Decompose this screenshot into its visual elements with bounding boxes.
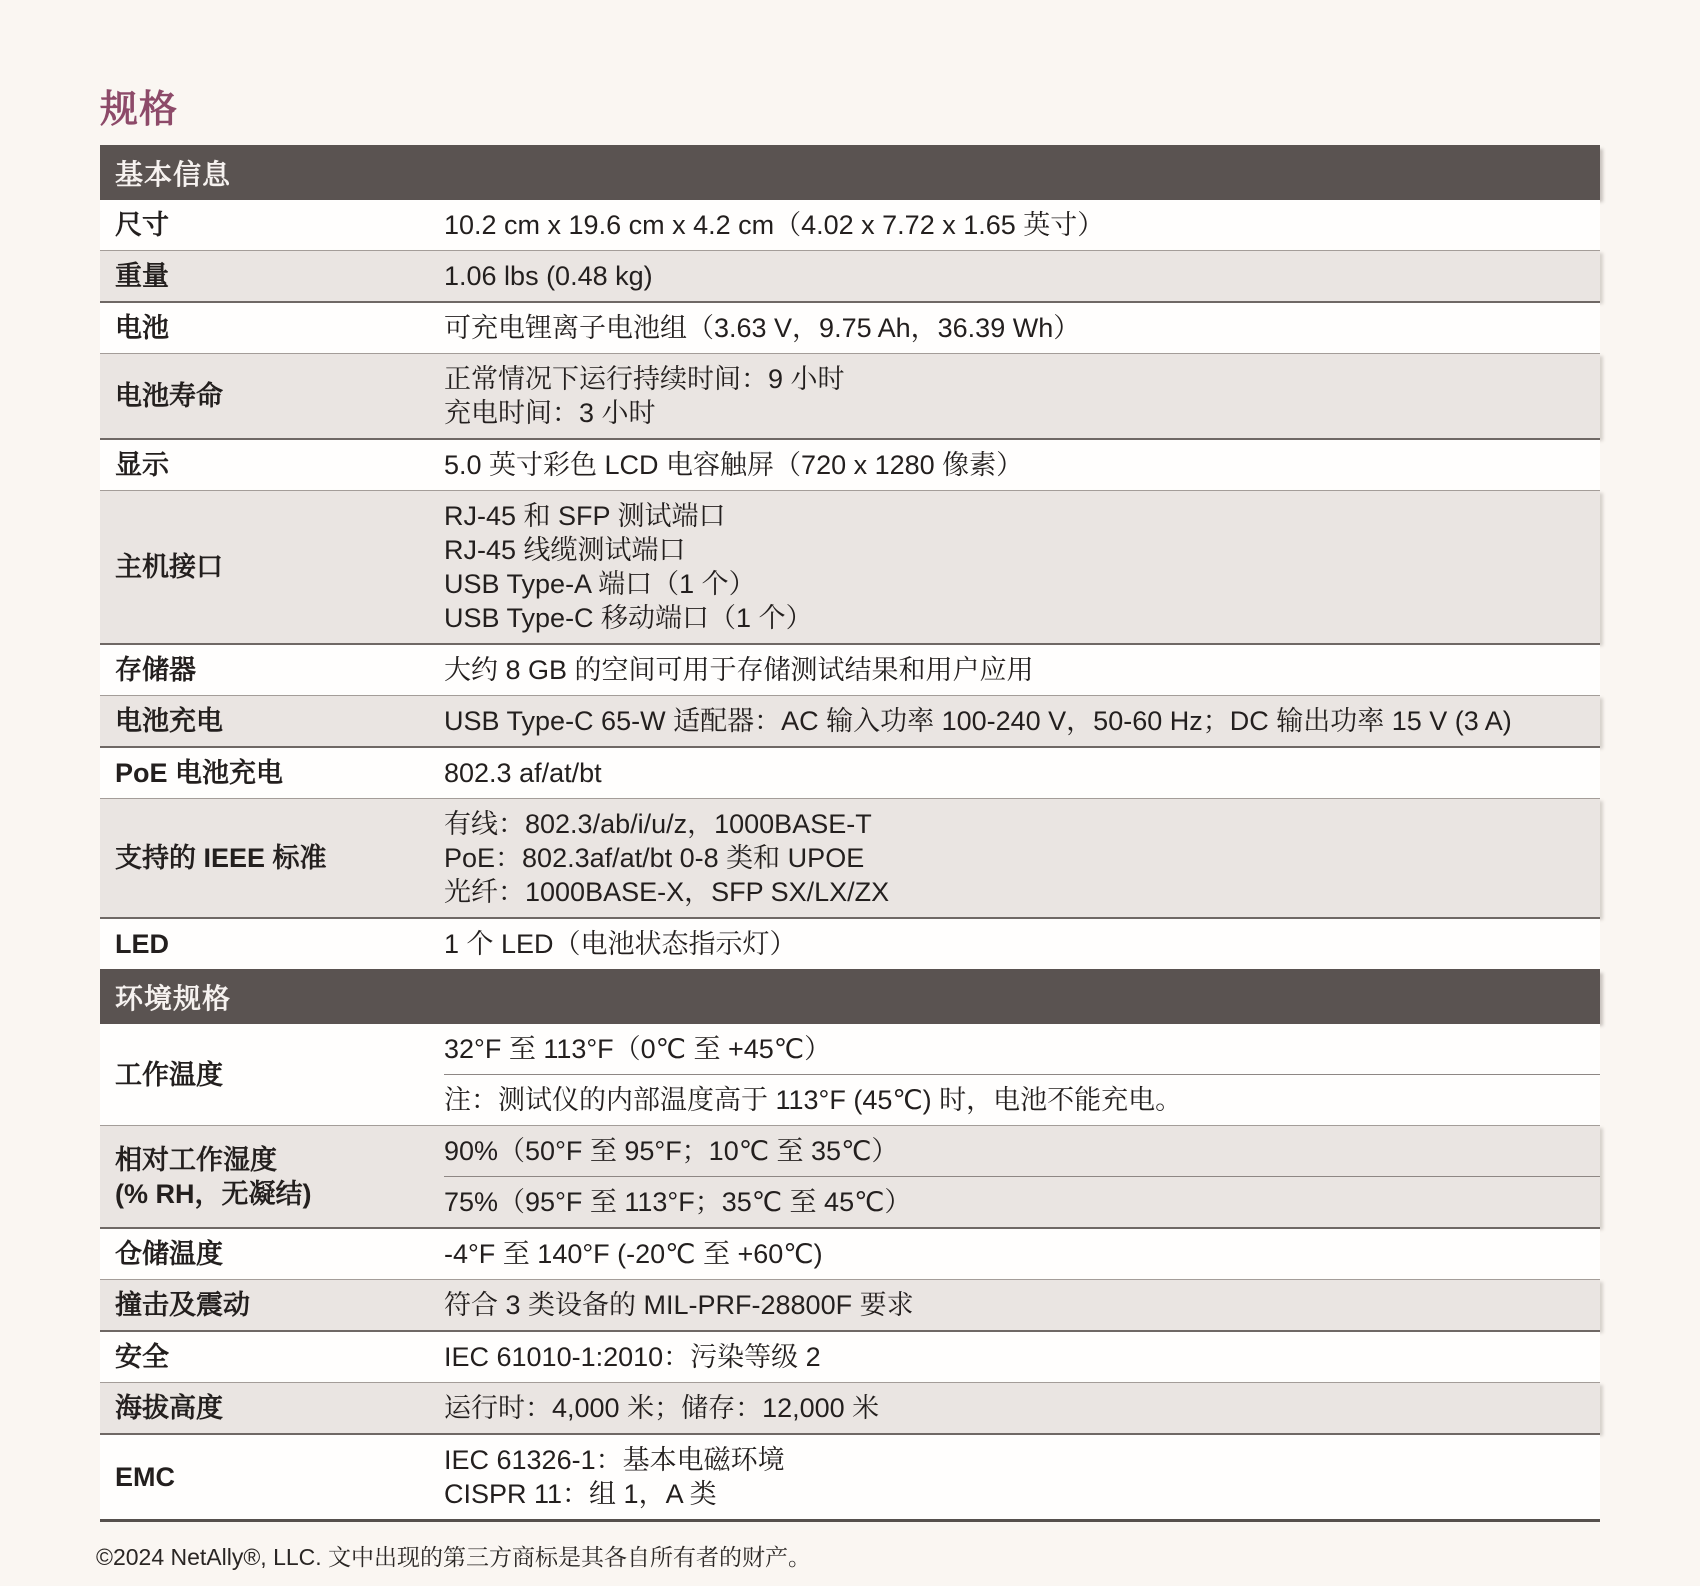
spec-row-label: LED [100,919,444,969]
spec-value-cell: 75%（95°F 至 113°F；35℃ 至 45℃） [444,1176,1600,1227]
spec-row: 撞击及震动符合 3 类设备的 MIL-PRF-28800F 要求 [100,1279,1600,1332]
spec-value-line: 注：测试仪的内部温度高于 113°F (45℃) 时，电池不能充电。 [444,1083,1584,1117]
spec-row: EMCIEC 61326-1：基本电磁环境CISPR 11：组 1，A 类 [100,1435,1600,1519]
spec-value-line: 可充电锂离子电池组（3.63 V，9.75 Ah，36.39 Wh） [444,311,1584,345]
spec-row: 海拔高度运行时：4,000 米；储存：12,000 米 [100,1382,1600,1435]
spec-row-value: 可充电锂离子电池组（3.63 V，9.75 Ah，36.39 Wh） [444,303,1600,353]
spec-row-label: 海拔高度 [100,1383,444,1433]
page-title: 规格 [100,78,1700,133]
spec-row-label: 存储器 [100,645,444,695]
spec-row-value: IEC 61010-1:2010：污染等级 2 [444,1332,1600,1382]
spec-row: 相对工作湿度(% RH，无凝结)90%（50°F 至 95°F；10℃ 至 35… [100,1125,1600,1229]
spec-value-line: IEC 61010-1:2010：污染等级 2 [444,1340,1584,1374]
spec-value-cell: 10.2 cm x 19.6 cm x 4.2 cm（4.02 x 7.72 x… [444,200,1600,250]
spec-value-line: 75%（95°F 至 113°F；35℃ 至 45℃） [444,1185,1584,1219]
spec-row-label: 仓储温度 [100,1229,444,1279]
spec-row-label-line: 相对工作湿度 [115,1143,434,1177]
spec-row-value: USB Type-C 65-W 适配器：AC 输入功率 100-240 V，50… [444,696,1600,746]
spec-row: PoE 电池充电802.3 af/at/bt [100,748,1600,798]
spec-value-cell: 1 个 LED（电池状态指示灯） [444,919,1600,969]
spec-row: 安全IEC 61010-1:2010：污染等级 2 [100,1332,1600,1382]
spec-row-value: 802.3 af/at/bt [444,748,1600,798]
spec-value-cell: USB Type-C 65-W 适配器：AC 输入功率 100-240 V，50… [444,696,1600,746]
spec-row: 电池寿命正常情况下运行持续时间：9 小时充电时间：3 小时 [100,353,1600,440]
spec-value-line: 10.2 cm x 19.6 cm x 4.2 cm（4.02 x 7.72 x… [444,208,1584,242]
spec-row-label-line: 电池寿命 [115,379,434,413]
spec-value-cell: 可充电锂离子电池组（3.63 V，9.75 Ah，36.39 Wh） [444,303,1600,353]
spec-row-label: 支持的 IEEE 标准 [100,799,444,917]
spec-row-value: -4°F 至 140°F (-20℃ 至 +60℃) [444,1229,1600,1279]
spec-row: 工作温度32°F 至 113°F（0℃ 至 +45℃）注：测试仪的内部温度高于 … [100,1024,1600,1125]
spec-row: 电池可充电锂离子电池组（3.63 V，9.75 Ah，36.39 Wh） [100,303,1600,353]
spec-row-label-line: 撞击及震动 [115,1288,434,1322]
spec-row-label-line: 仓储温度 [115,1237,434,1271]
spec-value-line: 正常情况下运行持续时间：9 小时 [444,362,1584,396]
spec-row-label-line: 电池 [115,311,434,345]
spec-value-line: IEC 61326-1：基本电磁环境 [444,1443,1584,1477]
section-header: 基本信息 [100,145,1600,200]
spec-value-line: 5.0 英寸彩色 LCD 电容触屏（720 x 1280 像素） [444,448,1584,482]
spec-value-line: RJ-45 线缆测试端口 [444,533,1584,567]
spec-row-value: 90%（50°F 至 95°F；10℃ 至 35℃）75%（95°F 至 113… [444,1126,1600,1227]
spec-row-label-line: (% RH，无凝结) [115,1177,434,1211]
spec-row: 仓储温度-4°F 至 140°F (-20℃ 至 +60℃) [100,1229,1600,1279]
spec-row: 显示5.0 英寸彩色 LCD 电容触屏（720 x 1280 像素） [100,440,1600,490]
spec-row-value: RJ-45 和 SFP 测试端口RJ-45 线缆测试端口USB Type-A 端… [444,491,1600,643]
spec-value-cell: IEC 61326-1：基本电磁环境CISPR 11：组 1，A 类 [444,1435,1600,1519]
spec-row-label-line: 尺寸 [115,208,434,242]
spec-row-value: 大约 8 GB 的空间可用于存储测试结果和用户应用 [444,645,1600,695]
spec-row-label-line: 海拔高度 [115,1391,434,1425]
spec-value-cell: 正常情况下运行持续时间：9 小时充电时间：3 小时 [444,354,1600,438]
spec-row-label: 安全 [100,1332,444,1382]
copyright-footer: ©2024 NetAlly®, LLC. 文中出现的第三方商标是其各自所有者的财… [96,1539,1700,1572]
spec-row-label-line: 支持的 IEEE 标准 [115,841,434,875]
spec-value-line: 32°F 至 113°F（0℃ 至 +45℃） [444,1032,1584,1066]
spec-value-line: 符合 3 类设备的 MIL-PRF-28800F 要求 [444,1288,1584,1322]
spec-value-line: 802.3 af/at/bt [444,756,1584,790]
spec-row-value: 1.06 lbs (0.48 kg) [444,251,1600,301]
spec-row-label: 尺寸 [100,200,444,250]
spec-value-line: USB Type-C 65-W 适配器：AC 输入功率 100-240 V，50… [444,704,1584,738]
spec-row-label: 重量 [100,251,444,301]
spec-value-line: 1 个 LED（电池状态指示灯） [444,927,1584,961]
spec-row-label-line: 主机接口 [115,550,434,584]
spec-value-cell: 32°F 至 113°F（0℃ 至 +45℃） [444,1024,1600,1074]
spec-value-line: 大约 8 GB 的空间可用于存储测试结果和用户应用 [444,653,1584,687]
spec-row-label: 主机接口 [100,491,444,643]
spec-row-label: 相对工作湿度(% RH，无凝结) [100,1126,444,1227]
spec-row-value: IEC 61326-1：基本电磁环境CISPR 11：组 1，A 类 [444,1435,1600,1519]
spec-value-cell: 大约 8 GB 的空间可用于存储测试结果和用户应用 [444,645,1600,695]
spec-value-cell: 符合 3 类设备的 MIL-PRF-28800F 要求 [444,1280,1600,1330]
spec-row-label: 电池寿命 [100,354,444,438]
spec-row-label-line: PoE 电池充电 [115,756,434,790]
spec-row-value: 有线：802.3/ab/i/u/z，1000BASE-TPoE：802.3af/… [444,799,1600,917]
spec-row-label-line: 重量 [115,259,434,293]
spec-row-value: 符合 3 类设备的 MIL-PRF-28800F 要求 [444,1280,1600,1330]
spec-value-line: 运行时：4,000 米；储存：12,000 米 [444,1391,1584,1425]
spec-row-value: 1 个 LED（电池状态指示灯） [444,919,1600,969]
spec-row-label: 工作温度 [100,1024,444,1125]
spec-value-cell: IEC 61010-1:2010：污染等级 2 [444,1332,1600,1382]
spec-row-label-line: LED [115,927,434,961]
spec-table: 基本信息尺寸10.2 cm x 19.6 cm x 4.2 cm（4.02 x … [100,145,1600,1522]
spec-row: 电池充电USB Type-C 65-W 适配器：AC 输入功率 100-240 … [100,695,1600,748]
spec-value-line: USB Type-A 端口（1 个） [444,567,1584,601]
spec-value-line: 光纤：1000BASE-X，SFP SX/LX/ZX [444,875,1584,909]
spec-row: 支持的 IEEE 标准有线：802.3/ab/i/u/z，1000BASE-TP… [100,798,1600,919]
spec-sheet-page: 规格 基本信息尺寸10.2 cm x 19.6 cm x 4.2 cm（4.02… [0,0,1700,1586]
spec-value-line: 有线：802.3/ab/i/u/z，1000BASE-T [444,807,1584,841]
spec-value-cell: 90%（50°F 至 95°F；10℃ 至 35℃） [444,1126,1600,1176]
spec-value-line: 1.06 lbs (0.48 kg) [444,259,1584,293]
spec-row-label: PoE 电池充电 [100,748,444,798]
spec-row: 主机接口RJ-45 和 SFP 测试端口RJ-45 线缆测试端口USB Type… [100,490,1600,645]
spec-value-cell: 注：测试仪的内部温度高于 113°F (45℃) 时，电池不能充电。 [444,1074,1600,1125]
spec-row-value: 5.0 英寸彩色 LCD 电容触屏（720 x 1280 像素） [444,440,1600,490]
spec-value-cell: -4°F 至 140°F (-20℃ 至 +60℃) [444,1229,1600,1279]
spec-row: 存储器大约 8 GB 的空间可用于存储测试结果和用户应用 [100,645,1600,695]
spec-row-label-line: 显示 [115,448,434,482]
spec-value-line: CISPR 11：组 1，A 类 [444,1477,1584,1511]
spec-value-line: USB Type-C 移动端口（1 个） [444,601,1584,635]
spec-row-label: 电池 [100,303,444,353]
spec-value-cell: 1.06 lbs (0.48 kg) [444,251,1600,301]
spec-value-cell: 运行时：4,000 米；储存：12,000 米 [444,1383,1600,1433]
spec-row-label-line: 工作温度 [115,1058,434,1092]
spec-row-label-line: 安全 [115,1340,434,1374]
spec-value-cell: 5.0 英寸彩色 LCD 电容触屏（720 x 1280 像素） [444,440,1600,490]
spec-row: 重量1.06 lbs (0.48 kg) [100,250,1600,303]
spec-value-line: 充电时间：3 小时 [444,396,1584,430]
spec-row-label: 撞击及震动 [100,1280,444,1330]
spec-row: 尺寸10.2 cm x 19.6 cm x 4.2 cm（4.02 x 7.72… [100,200,1600,250]
spec-row-value: 32°F 至 113°F（0℃ 至 +45℃）注：测试仪的内部温度高于 113°… [444,1024,1600,1125]
spec-row: LED1 个 LED（电池状态指示灯） [100,919,1600,969]
spec-row-value: 运行时：4,000 米；储存：12,000 米 [444,1383,1600,1433]
spec-value-line: PoE：802.3af/at/bt 0-8 类和 UPOE [444,841,1584,875]
spec-row-value: 正常情况下运行持续时间：9 小时充电时间：3 小时 [444,354,1600,438]
spec-value-cell: 有线：802.3/ab/i/u/z，1000BASE-TPoE：802.3af/… [444,799,1600,917]
spec-value-line: 90%（50°F 至 95°F；10℃ 至 35℃） [444,1134,1584,1168]
spec-row-label: 电池充电 [100,696,444,746]
section-header: 环境规格 [100,969,1600,1024]
spec-value-line: -4°F 至 140°F (-20℃ 至 +60℃) [444,1237,1584,1271]
spec-row-label-line: EMC [115,1460,434,1494]
spec-value-cell: RJ-45 和 SFP 测试端口RJ-45 线缆测试端口USB Type-A 端… [444,491,1600,643]
spec-row-label-line: 存储器 [115,653,434,687]
spec-row-label: 显示 [100,440,444,490]
spec-row-label: EMC [100,1435,444,1519]
spec-row-value: 10.2 cm x 19.6 cm x 4.2 cm（4.02 x 7.72 x… [444,200,1600,250]
spec-row-label-line: 电池充电 [115,704,434,738]
spec-value-line: RJ-45 和 SFP 测试端口 [444,499,1584,533]
spec-value-cell: 802.3 af/at/bt [444,748,1600,798]
